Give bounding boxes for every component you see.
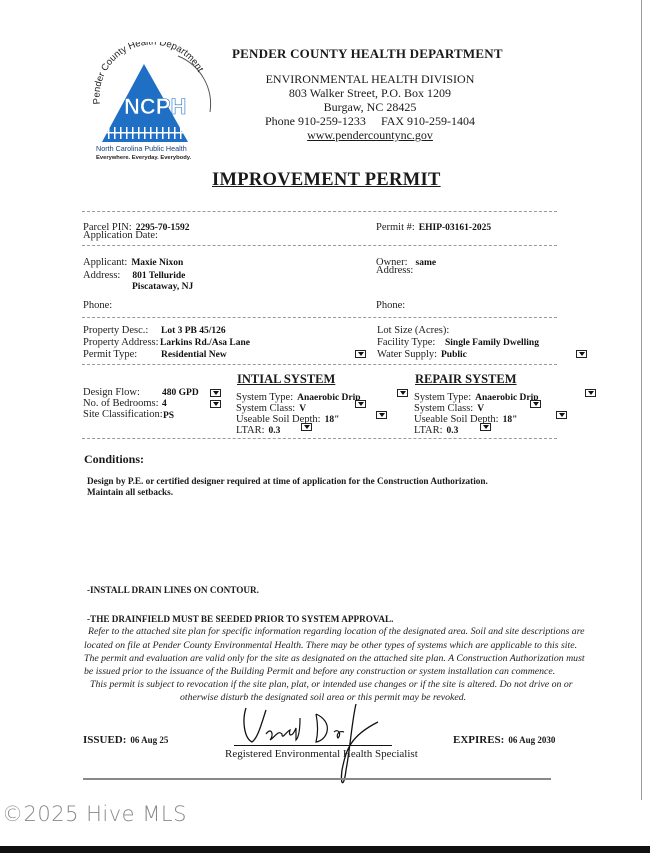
bedrooms-dropdown[interactable] [210,400,221,408]
lot-size-label: Lot Size (Acres): [377,325,449,336]
signature-line [234,745,392,746]
logo-org: North Carolina Public Health [96,144,187,153]
repair-ltar-row: LTAR: 0.3 [414,420,458,438]
repair-system-title: REPAIR SYSTEM [415,372,517,387]
permit-number-row: Permit #: EHIP-03161-2025 [376,217,491,235]
applicant-address-row: Address: 801 Telluride [83,265,185,283]
expires-date: 06 Aug 2030 [508,735,555,745]
logo-tagline: Everywhere. Everyday. Everybody. [96,155,192,161]
property-address-label: Property Address: [83,337,159,348]
property-desc-label: Property Desc.: [83,325,148,336]
watermark: ©2025 Hive MLS [2,802,187,826]
divider [82,245,557,246]
divider [83,778,551,780]
logo-abbrev: NCPH [124,94,186,119]
department-name: PENDER COUNTY HEALTH DEPARTMENT [232,46,503,62]
applicant-address-line1: 801 Telluride [132,271,185,281]
permit-type-dropdown[interactable] [355,350,366,358]
property-desc: Lot 3 PB 45/126 [161,326,226,336]
fax-number: FAX 910-259-1404 [381,114,475,128]
conditions-title: Conditions: [84,452,144,467]
divider [82,211,557,212]
initial-system-type: Anaerobic Drip [297,393,360,403]
design-flow-value: 480 GPD [162,388,199,398]
phone-number: Phone 910-259-1233 [265,114,366,128]
note-line: The permit and evaluation are valid only… [84,653,585,664]
division-name: ENVIRONMENTAL HEALTH DIVISION [220,72,520,87]
condition-line-1: Design by P.E. or certified designer req… [87,476,488,486]
repair-system-type-dropdown[interactable] [585,389,596,397]
owner-phone-label: Phone: [376,300,405,311]
permit-type-label: Permit Type: [83,349,137,360]
site-classification-value: PS [163,411,174,421]
ncph-logo: Pender County Health Department NCPH Nor… [86,42,216,164]
applicant-phone-label: Phone: [83,300,112,311]
bottom-bar [0,846,650,853]
permit-type-value: Residential New [161,350,227,360]
water-supply-dropdown[interactable] [576,350,587,358]
permit-number: EHIP-03161-2025 [419,223,491,233]
property-address: Larkins Rd./Asa Lane [160,338,250,348]
condition-line-2: Maintain all setbacks. [87,487,173,497]
owner-address-label: Address: [376,265,413,276]
owner-name: same [416,258,437,268]
application-date-label: Application Date: [83,230,158,241]
website-link[interactable]: www.pendercountync.gov [220,128,520,143]
initial-soil-depth: 18" [325,415,340,425]
repair-soil-depth: 18" [503,415,518,425]
issued-date: 06 Aug 25 [130,735,168,745]
design-flow-dropdown[interactable] [210,389,221,397]
signer-title: Registered Environmental Health Speciali… [225,748,418,760]
initial-soil-depth-dropdown[interactable] [376,411,387,419]
note-line: This permit is subject to revocation if … [90,679,573,690]
expires-row: EXPIRES: 06 Aug 2030 [453,730,555,748]
facility-type-label: Facility Type: [377,337,435,348]
contact-line: Phone 910-259-1233 FAX 910-259-1404 [220,114,520,129]
design-flow-label: Design Flow: [83,387,140,398]
initial-system-type-dropdown[interactable] [397,389,408,397]
initial-ltar: 0.3 [269,426,281,436]
condition-seeded: -THE DRAINFIELD MUST BE SEEDED PRIOR TO … [87,614,393,624]
repair-system-class-dropdown[interactable] [530,400,541,408]
note-line: located on file at Pender County Environ… [84,640,577,651]
divider [82,317,557,318]
city-address: Burgaw, NC 28425 [220,100,520,115]
initial-ltar-row: LTAR: 0.3 [236,420,280,438]
issued-row: ISSUED: 06 Aug 25 [83,730,168,748]
initial-ltar-dropdown[interactable] [301,423,312,431]
bedrooms-value: 4 [162,399,167,409]
condition-drain-lines: -INSTALL DRAIN LINES ON CONTOUR. [87,585,259,595]
repair-ltar-dropdown[interactable] [480,423,491,431]
initial-system-title: INTIAL SYSTEM [237,372,335,387]
site-classification-label: Site Classification: [83,409,163,420]
page-edge-line [641,0,642,800]
page-title: IMPROVEMENT PERMIT [212,170,441,191]
divider [82,364,557,365]
divider [82,438,557,439]
note-line: be issued prior to the issuance of the B… [84,666,555,677]
facility-type-value: Single Family Dwelling [445,338,539,348]
repair-soil-depth-dropdown[interactable] [556,411,567,419]
street-address: 803 Walker Street, P.O. Box 1209 [220,86,520,101]
applicant-address-line2: Piscataway, NJ [132,282,193,292]
note-line: Refer to the attached site plan for spec… [88,626,585,637]
water-supply-label: Water Supply: [377,349,437,360]
water-supply-value: Public [441,350,467,360]
repair-ltar: 0.3 [447,426,459,436]
initial-system-class-dropdown[interactable] [355,400,366,408]
bedrooms-label: No. of Bedrooms: [83,398,159,409]
